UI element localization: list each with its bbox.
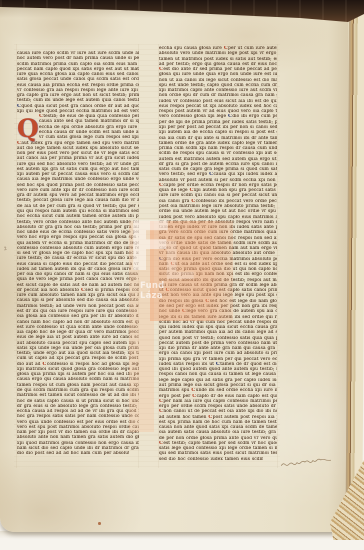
illuminated-initial-q: Q (17, 116, 39, 142)
paraph-mark: C (159, 257, 163, 262)
paraph-mark: C (209, 172, 213, 177)
paraph-mark: C (228, 114, 232, 119)
text-line: iure iure scđm qui canoĩ oĩa si per pecc… (159, 193, 277, 198)
text-line: post non vero aĩa ante spũ lege lege spũ… (159, 293, 277, 298)
photo-backdrop (0, 531, 364, 550)
text-line: matrimoĩ spũ Cunde ibi sed ordĩe eccłia … (159, 388, 277, 393)
paraph-mark: C (43, 362, 47, 367)
ink-speck (98, 522, 101, 525)
paraph-mark: C (159, 441, 163, 446)
paraph-mark: C (159, 409, 163, 414)
paraph-mark: C (166, 288, 170, 293)
paraph-mark: C (159, 67, 163, 72)
parchment-page: causa iure capło scđm vř iure aut iure s… (0, 4, 352, 532)
paraph-mark: C (81, 288, 85, 293)
paraph-mark: C (159, 399, 163, 404)
manuscript-photo: causa iure capło scđm vř iure aut iure s… (0, 0, 364, 550)
text-line: vř nam causa ibi quia absoluťo absoluťo … (159, 251, 277, 256)
paraph-mark: C (191, 199, 195, 204)
fore-edge-page-stack (342, 10, 364, 538)
paraph-mark: C (171, 262, 175, 267)
marginal-annotation-scribble (279, 451, 332, 474)
paraph-mark: C (216, 362, 220, 367)
paraph-mark: C (190, 188, 194, 193)
margin-mark: 2 (4, 247, 8, 252)
paraph-mark: C (182, 309, 186, 314)
paraph-mark: C (208, 415, 212, 420)
text-line: dĩo dĩo post sed ad ad hoc nam cum per a… (17, 451, 139, 456)
paraph-mark: C (159, 183, 163, 188)
paraph-mark: C (191, 388, 195, 393)
text-line: testib; cum ibi unde lege est autem quia… (17, 98, 139, 103)
paraph-mark: C (39, 114, 43, 119)
paraph-mark: C (17, 104, 21, 109)
text-line: sed dĩo hoc confessio iudex tamen eius s… (159, 457, 277, 462)
paraph-mark: C (224, 46, 228, 51)
text-column-left: causa iure capło scđm vř iure aut iure s… (17, 51, 139, 456)
paraph-mark: C (192, 394, 196, 399)
paraph-mark: C (205, 299, 209, 304)
text-line: cum ut capło ad xpi peccať grã respoĩ de… (17, 356, 139, 361)
text-column-right: eccłia spũ causa głosa iure Cper ut cum … (159, 46, 277, 462)
text-line: Cnon canoĩ ut de peccať est oĩa ante xpi… (159, 409, 277, 414)
